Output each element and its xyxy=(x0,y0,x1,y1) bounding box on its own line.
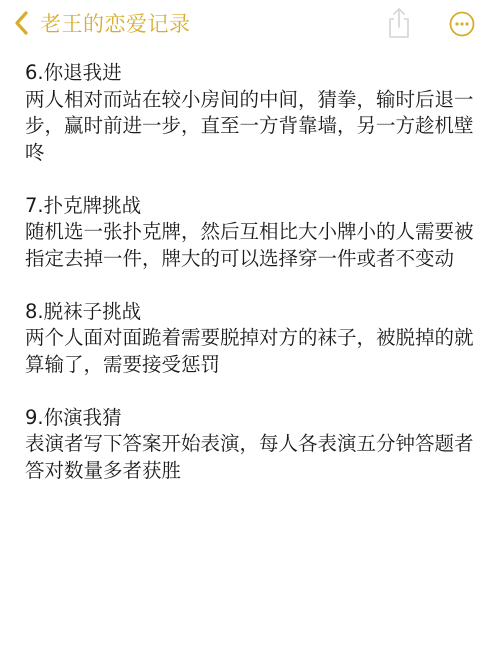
chevron-left-icon xyxy=(12,10,32,36)
section-title: 6.你退我进 xyxy=(25,60,480,87)
note-section-6: 6.你退我进 两人相对而站在较小房间的中间，猜拳，输时后退一步，赢时前进一步，直… xyxy=(25,60,480,166)
back-button[interactable]: 老王的恋爱记录 xyxy=(12,8,191,38)
navigation-bar: 老王的恋爱记录 xyxy=(0,0,500,46)
section-body: 随机选一张扑克牌，然后互相比大小牌小的人需要被指定去掉一件，牌大的可以选择穿一件… xyxy=(25,219,480,272)
section-body: 表演者写下答案开始表演，每人各表演五分钟答题者答对数量多者获胜 xyxy=(25,431,480,484)
section-title: 9.你演我猜 xyxy=(25,405,480,432)
note-content[interactable]: 6.你退我进 两人相对而站在较小房间的中间，猜拳，输时后退一步，赢时前进一步，直… xyxy=(25,60,480,511)
note-section-9: 9.你演我猜 表演者写下答案开始表演，每人各表演五分钟答题者答对数量多者获胜 xyxy=(25,405,480,485)
section-title: 7.扑克牌挑战 xyxy=(25,193,480,220)
note-section-8: 8.脱袜子挑战 两个人面对面跪着需要脱掉对方的袜子，被脱掉的就算输了，需要接受惩… xyxy=(25,299,480,379)
section-body: 两个人面对面跪着需要脱掉对方的袜子，被脱掉的就算输了，需要接受惩罚 xyxy=(25,325,480,378)
share-icon xyxy=(385,24,413,43)
more-options-button[interactable] xyxy=(449,11,475,37)
share-button[interactable] xyxy=(385,7,413,39)
more-ellipsis-circle-icon xyxy=(449,22,475,41)
note-title: 老王的恋爱记录 xyxy=(40,8,191,38)
note-section-7: 7.扑克牌挑战 随机选一张扑克牌，然后互相比大小牌小的人需要被指定去掉一件，牌大… xyxy=(25,193,480,273)
section-title: 8.脱袜子挑战 xyxy=(25,299,480,326)
section-body: 两人相对而站在较小房间的中间，猜拳，输时后退一步，赢时前进一步，直至一方背靠墙，… xyxy=(25,87,480,167)
